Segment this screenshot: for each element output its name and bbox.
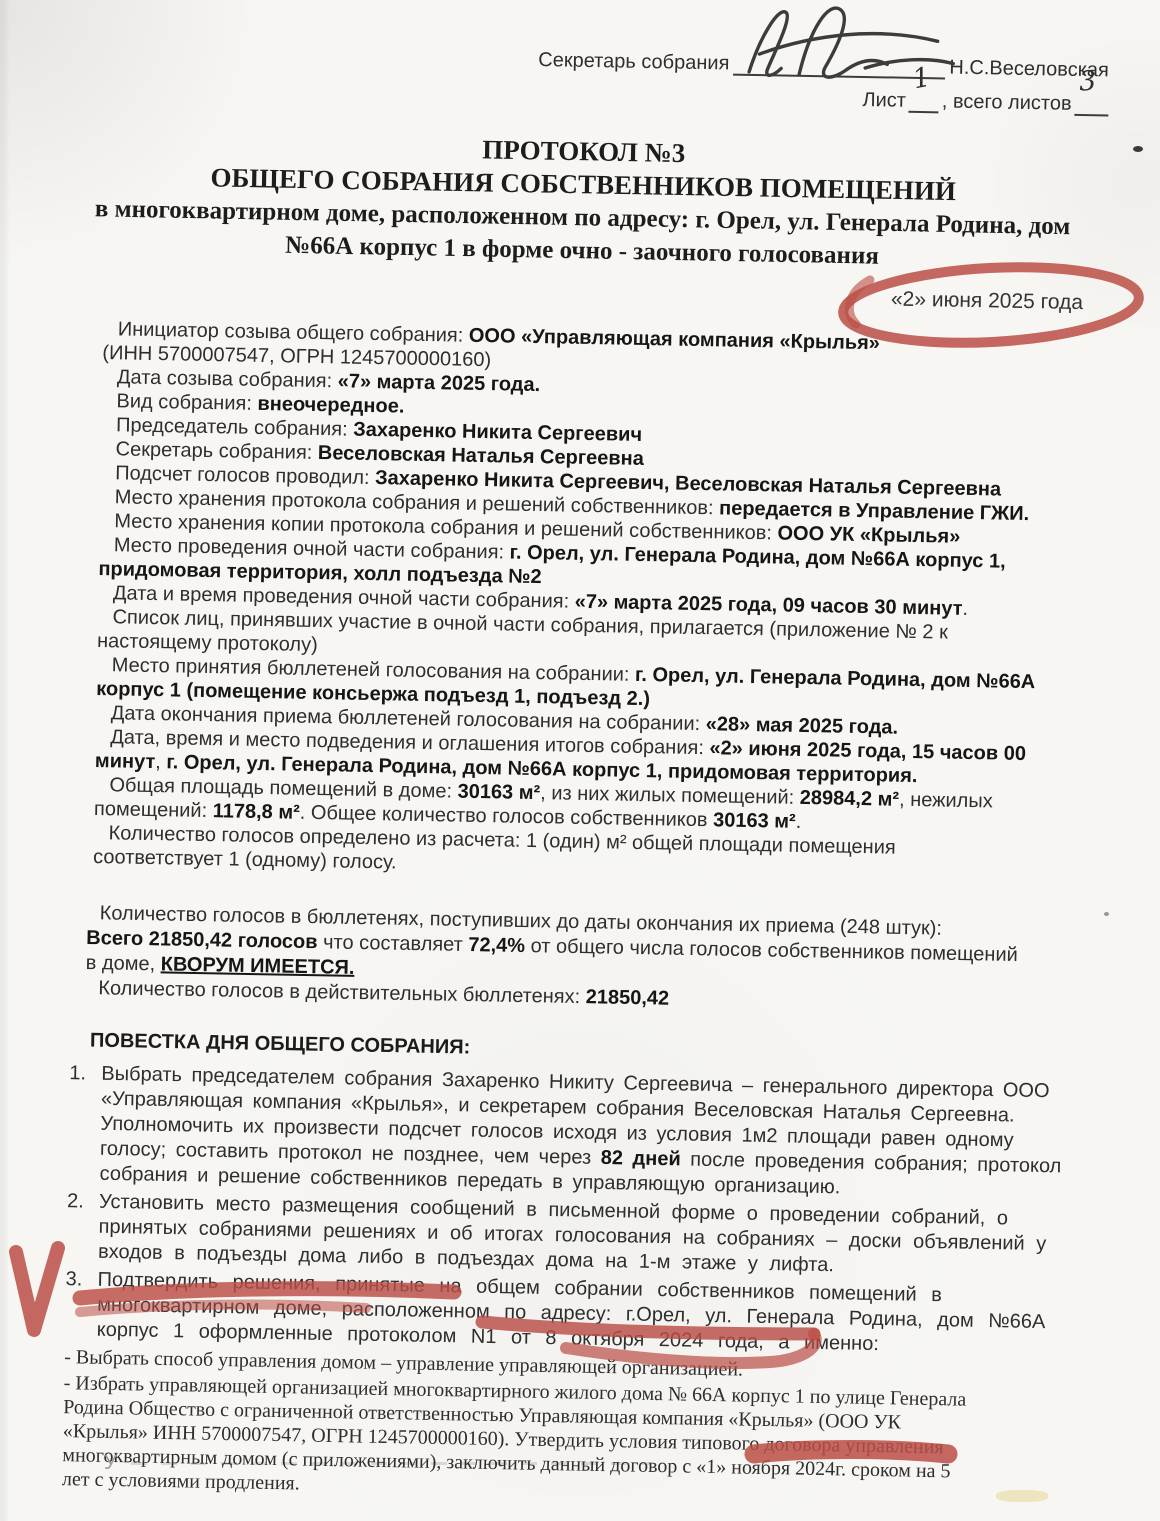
- sheet-label: Лист: [862, 89, 906, 113]
- quorum-section: Количество голосов в бюллетенях, поступи…: [85, 901, 1101, 1020]
- yellow-smudge: [996, 1490, 1048, 1502]
- agenda-item-2-text: Установить место размещения сообщений в …: [98, 1190, 1105, 1283]
- agenda-item-3-number: 3.: [56, 1267, 97, 1343]
- sheet-count-row: Лист 1 , всего листов 3: [537, 82, 1127, 117]
- total-sheets-label: , всего листов: [942, 90, 1072, 115]
- agenda-item-3-text: Подтвердить решения, принятые на общем с…: [96, 1268, 1103, 1361]
- agenda-item-3-bullet-2: - Избрать управляющей организацией много…: [62, 1371, 1102, 1510]
- scanned-document-page: Секретарь собрания Н.С.Веселовская Лист …: [0, 0, 1160, 1521]
- agenda-item-1-text: Выбрать председателем собрания Захаренко…: [99, 1062, 1107, 1205]
- faded-cutoff-text: У: [104, 1452, 117, 1475]
- faded-cutoff-line: У: [104, 1452, 744, 1475]
- agenda-section: ПОВЕСТКА ДНЯ ОБЩЕГО СОБРАНИЯ: 1. Выбрать…: [54, 1028, 1108, 1510]
- signature-icon: [715, 0, 977, 86]
- agenda-item-1: 1. Выбрать председателем собрания Захаре…: [59, 1061, 1107, 1205]
- agenda-item-2-number: 2.: [58, 1189, 99, 1265]
- agenda-item-1-number: 1.: [59, 1061, 101, 1187]
- faded-erased-text: [131, 1462, 651, 1465]
- secretary-label: Секретарь собрания: [538, 49, 730, 75]
- page-header: Секретарь собрания Н.С.Веселовская Лист …: [537, 44, 1128, 117]
- protocol-date: «2» июня 2025 года: [862, 287, 1112, 316]
- meeting-info-section: Инициатор созыва общего собрания: ООО «У…: [93, 317, 1105, 887]
- handwritten-total-sheets: 3: [1078, 66, 1097, 98]
- document-title: ПРОТОКОЛ №3 ОБЩЕГО СОБРАНИЯ СОБСТВЕННИКО…: [77, 126, 1089, 276]
- sheet-number-line: 1: [909, 89, 939, 114]
- scan-speck: [1133, 146, 1143, 152]
- total-sheets-line: 3: [1074, 92, 1108, 117]
- scan-speck: [1104, 912, 1109, 916]
- secretary-signature-row: Секретарь собрания Н.С.Веселовская: [538, 44, 1128, 83]
